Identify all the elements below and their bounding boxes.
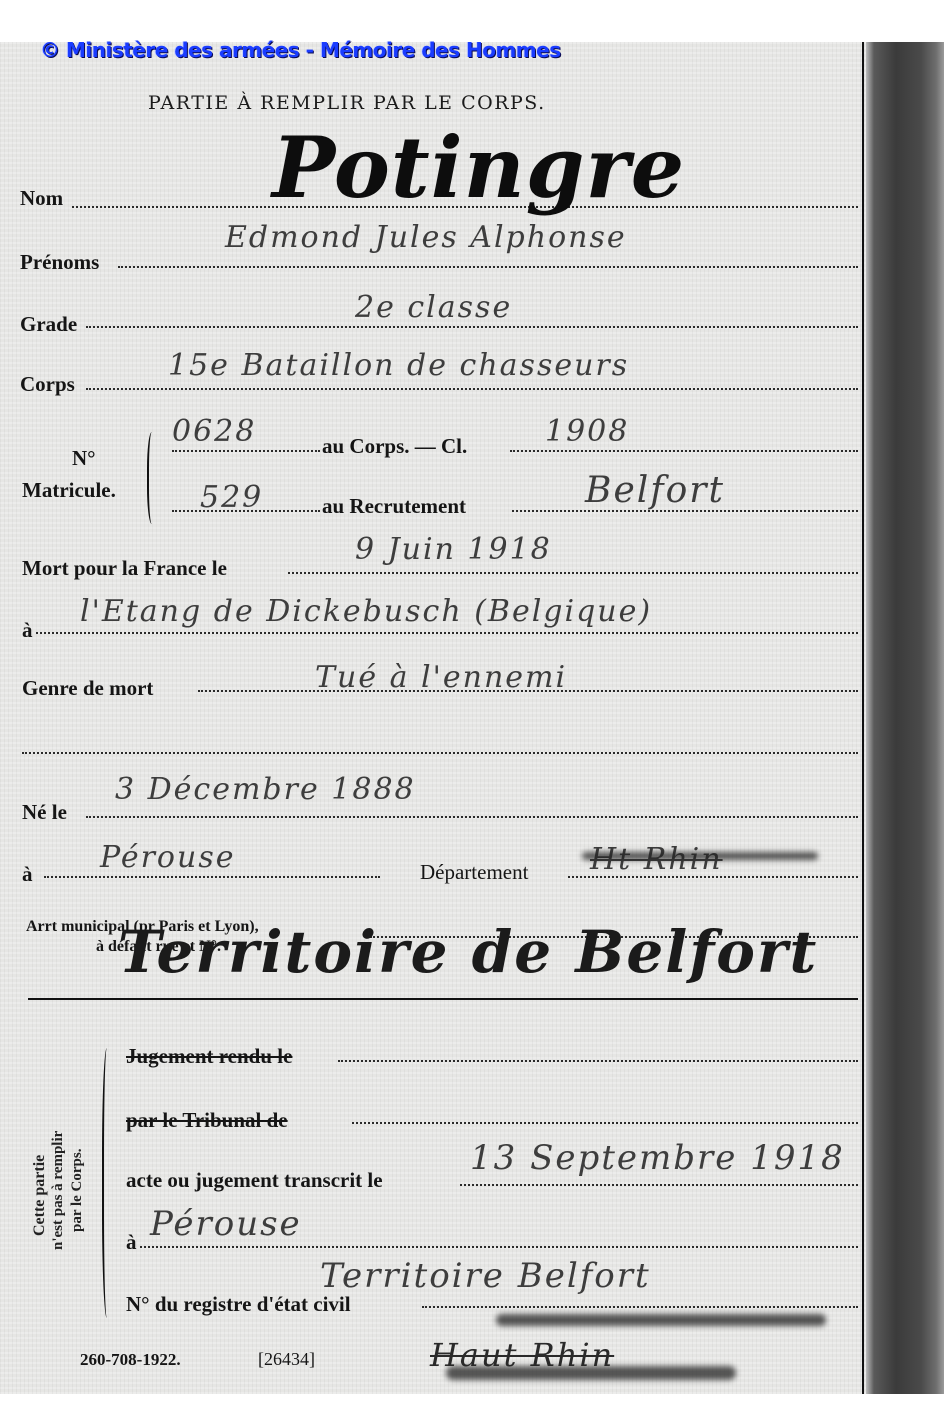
nom-label: Nom: [20, 186, 63, 211]
mort-a-dots: [36, 632, 858, 634]
form-heading: PARTIE À REMPLIR PAR LE CORPS.: [148, 92, 546, 114]
prenoms-dotted-line: [118, 266, 858, 268]
side-note-line-2: n'est pas à remplir: [49, 1131, 68, 1250]
side-note-line-3: par le Corps.: [68, 1131, 87, 1250]
tribunal-dots: [352, 1122, 858, 1124]
recrutement-place-value: Belfort: [585, 470, 725, 511]
grade-label: Grade: [20, 312, 77, 337]
matricule-no-label: N°: [72, 446, 96, 471]
corps-label: Corps: [20, 372, 75, 397]
jugement-rendu-dots: [338, 1060, 858, 1062]
form-number: [26434]: [258, 1349, 315, 1370]
classe-dots: [510, 450, 858, 452]
transcrit-a-value: Pérouse: [150, 1204, 302, 1244]
transcrit-label: acte ou jugement transcrit le: [126, 1168, 383, 1193]
au-corps-label: au Corps. — Cl.: [322, 434, 467, 459]
grade-dotted-line: [86, 326, 858, 328]
blank-dotted-line: [22, 752, 858, 754]
side-note-line-1: Cette partie: [30, 1131, 49, 1250]
transcrit-value: 13 Septembre 1918: [470, 1138, 845, 1178]
binding-edge-line: [862, 42, 864, 1394]
transcrit-a-dots: [140, 1246, 858, 1248]
ne-a-value: Pérouse: [100, 840, 235, 875]
mort-le-label: Mort pour la France le: [22, 556, 227, 581]
lower-section-brace: [102, 1048, 114, 1318]
tribunal-label: par le Tribunal de: [126, 1108, 288, 1133]
departement-strike-mark: [582, 852, 818, 860]
ne-a-dots: [44, 876, 380, 878]
mort-le-dots: [288, 572, 858, 574]
ne-le-dots: [86, 816, 858, 818]
jugement-rendu-label: Jugement rendu le: [126, 1044, 292, 1069]
side-note: Cette partie n'est pas à remplir par le …: [30, 1131, 87, 1250]
binding-shadow: [866, 42, 944, 1394]
registre-value: Territoire Belfort: [320, 1256, 651, 1296]
matricule-corps-value: 0628: [172, 414, 256, 449]
registre-label: N° du registre d'état civil: [126, 1292, 351, 1317]
ne-le-value: 3 Décembre 1888: [115, 772, 416, 807]
classe-value: 1908: [545, 414, 629, 449]
prenoms-value: Edmond Jules Alphonse: [225, 220, 627, 255]
nom-value: Potingre: [272, 118, 685, 217]
struck-value-smudge: [446, 1366, 736, 1380]
grade-value: 2e classe: [355, 290, 512, 325]
genre-de-mort-label: Genre de mort: [22, 676, 153, 701]
ne-le-label: Né le: [22, 800, 67, 825]
copyright-watermark: © Ministère des armées - Mémoire des Hom…: [40, 38, 561, 62]
departement-label: Département: [420, 860, 528, 885]
mort-le-value: 9 Juin 1918: [355, 532, 552, 567]
matricule-corps-dots: [172, 450, 320, 452]
genre-de-mort-value: Tué à l'ennemi: [315, 660, 567, 695]
corps-dotted-line: [86, 388, 858, 390]
mort-a-label: à: [22, 618, 33, 643]
matricule-label: Matricule.: [22, 478, 116, 503]
transcrit-dots: [460, 1184, 858, 1186]
corps-value: 15e Bataillon de chasseurs: [168, 348, 629, 383]
ne-a-label: à: [22, 862, 33, 887]
matricule-recrutement-dots: [172, 510, 320, 512]
matricule-brace: [147, 432, 159, 524]
transcrit-a-label: à: [126, 1230, 137, 1255]
au-recrutement-label: au Recrutement: [322, 494, 466, 519]
arrondissement-value: Territoire de Belfort: [118, 918, 818, 986]
mort-a-value: l'Etang de Dickebusch (Belgique): [80, 594, 652, 629]
registre-dots: [422, 1306, 858, 1308]
prenoms-label: Prénoms: [20, 250, 99, 275]
registre-strike-mark: [496, 1314, 826, 1326]
print-code: 260-708-1922.: [80, 1350, 181, 1370]
section-divider: [28, 998, 858, 1000]
